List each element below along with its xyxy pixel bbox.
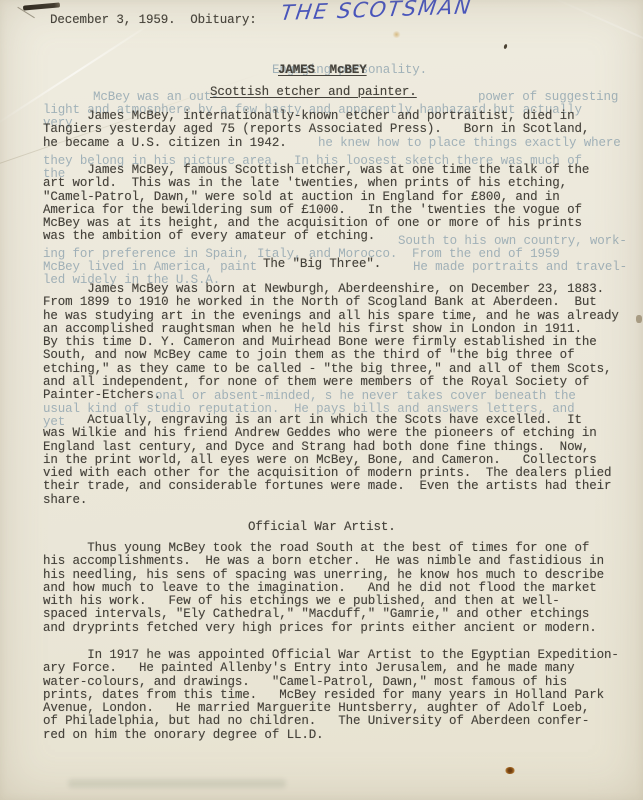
handwritten-publication-note: THE SCOTSMAN [279,0,474,25]
paragraph-intro: James McBey, internationally-known etche… [43,110,589,150]
article-title: JAMES McBEY [278,64,367,77]
article-subtitle: Scottish etcher and painter. [210,86,417,99]
ghost-fragment: McBey was an out- [93,91,218,104]
obituary-page: Engaging personality. McBey was an out- … [0,0,643,800]
stain-spot [392,31,401,38]
faint-smudge [68,779,286,788]
date-obituary-line: December 3, 1959. Obituary: [50,14,257,27]
paragraph-scots-engraving: Actually, engraving is an art in which t… [43,414,611,507]
section-heading-war-artist: Official War Artist. [248,521,396,534]
stain-spot [636,315,642,323]
paragraph-talk-of-art-world: James McBey, famous Scottish etcher, was… [43,164,589,244]
paragraph-early-life: James McBey was born at Newburgh, Aberde… [43,283,619,403]
paper-crease [536,0,643,52]
ghost-fragment: power of suggesting [478,91,618,104]
stain-spot [505,767,515,774]
ghost-fragment: McBey lived in America, paint [43,261,257,274]
staple-mark [23,2,60,10]
ink-speck [503,44,507,50]
paragraph-war-artist-life: In 1917 he was appointed Official War Ar… [43,649,619,742]
section-heading-big-three: The "Big Three". [263,258,381,271]
ghost-fragment: He made portraits and travel- [413,261,627,274]
paragraph-born-etcher: Thus young McBey took the road South at … [43,542,604,635]
